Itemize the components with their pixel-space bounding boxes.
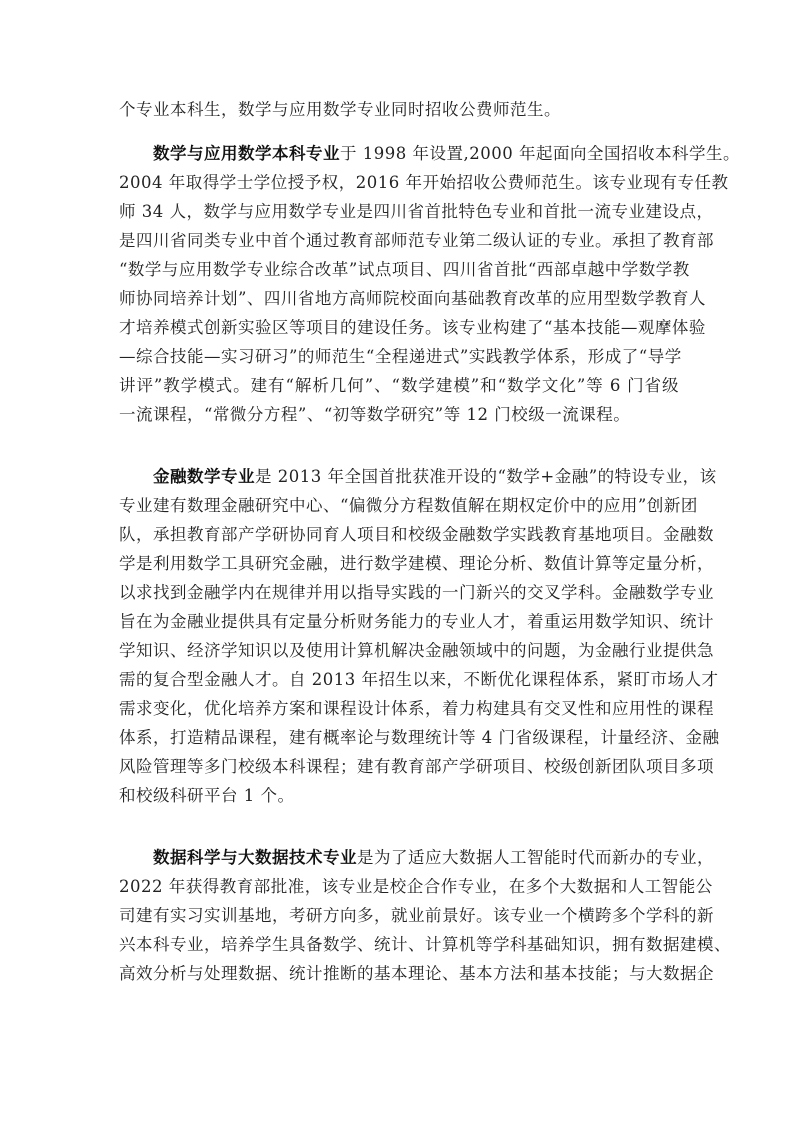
paragraph-line: 学是利用数学工具研究金融，进行数学建模、理论分析、数值计算等定量分析， [119,551,679,577]
paragraph-line: 2004 年取得学士学位授予权，2016 年开始招收公费师范生。该专业现有专任教 [119,170,679,196]
document-page: 个专业本科生，数学与应用数学专业同时招收公费师范生。 数学与应用数学本科专业于 … [0,0,792,1122]
paragraph-line: 和校级科研平台 1 个。 [119,783,679,809]
paragraph-line: 学知识、经济学知识以及使用计算机解决金融领域中的问题，为金融行业提供急 [119,638,679,664]
paragraph-line: 数学与应用数学本科专业于 1998 年设置,2000 年起面向全国招收本科学生。 [153,141,679,167]
paragraph-line: 金融数学专业是 2013 年全国首批获准开设的“数学+金融”的特设专业，该 [153,464,679,490]
paragraph-line: 需的复合型金融人才。自 2013 年招生以来，不断优化课程体系，紧盯市场人才 [119,667,679,693]
section-heading-finance: 金融数学专业 [153,467,255,486]
paragraph-line: 个专业本科生，数学与应用数学专业同时招收公费师范生。 [119,97,679,123]
paragraph-line: 是四川省同类专业中首个通过教育部师范专业第二级认证的专业。承担了教育部 [119,228,679,254]
paragraph-line: 队，承担教育部产学研协同育人项目和校级金融数学实践教育基地项目。金融数 [119,522,679,548]
paragraph-line: 数据科学与大数据技术专业是为了适应大数据人工智能时代而新办的专业， [153,845,679,871]
paragraph-line: —综合技能—实习研习”的师范生“全程递进式”实践教学体系，形成了“导学 [119,344,679,370]
paragraph-line: 需求变化，优化培养方案和课程设计体系，着力构建具有交叉性和应用性的课程 [119,696,679,722]
section-heading-math: 数学与应用数学本科专业 [153,144,340,163]
paragraph-line: 风险管理等多门校级本科课程；建有教育部产学研项目、校级创新团队项目多项 [119,754,679,780]
paragraph-line: 体系，打造精品课程，建有概率论与数理统计等 4 门省级课程，计量经济、金融 [119,725,679,751]
paragraph-line: 以求找到金融学内在规律并用以指导实践的一门新兴的交叉学科。金融数学专业 [119,580,679,606]
paragraph-line: 专业建有数理金融研究中心、“偏微分方程数值解在期权定价中的应用”创新团 [119,493,679,519]
paragraph-line: 2022 年获得教育部批准，该专业是校企合作专业，在多个大数据和人工智能公 [119,874,679,900]
paragraph-line: “数学与应用数学专业综合改革”试点项目、四川省首批“西部卓越中学数学教 [119,257,679,283]
section-heading-datascience: 数据科学与大数据技术专业 [153,848,357,867]
paragraph-line: 兴本科专业，培养学生具备数学、统计、计算机等学科基础知识，拥有数据建模、 [119,932,679,958]
paragraph-line: 一流课程，“常微分方程”、“初等数学研究”等 12 门校级一流课程。 [119,402,679,428]
paragraph-line: 师协同培养计划”、四川省地方高师院校面向基础教育改革的应用型数学教育人 [119,286,679,312]
paragraph-line: 才培养模式创新实验区等项目的建设任务。该专业构建了“基本技能—观摩体验 [119,315,679,341]
paragraph-line: 司建有实习实训基地，考研方向多，就业前景好。该专业一个横跨多个学科的新 [119,903,679,929]
paragraph-line: 旨在为金融业提供具有定量分析财务能力的专业人才，着重运用数学知识、统计 [119,609,679,635]
paragraph-line: 高效分析与处理数据、统计推断的基本理论、基本方法和基本技能；与大数据企 [119,961,679,987]
paragraph-line: 讲评”教学模式。建有“解析几何”、“数学建模”和“数学文化”等 6 门省级 [119,373,679,399]
paragraph-line: 师 34 人，数学与应用数学专业是四川省首批特色专业和首批一流专业建设点， [119,199,679,225]
